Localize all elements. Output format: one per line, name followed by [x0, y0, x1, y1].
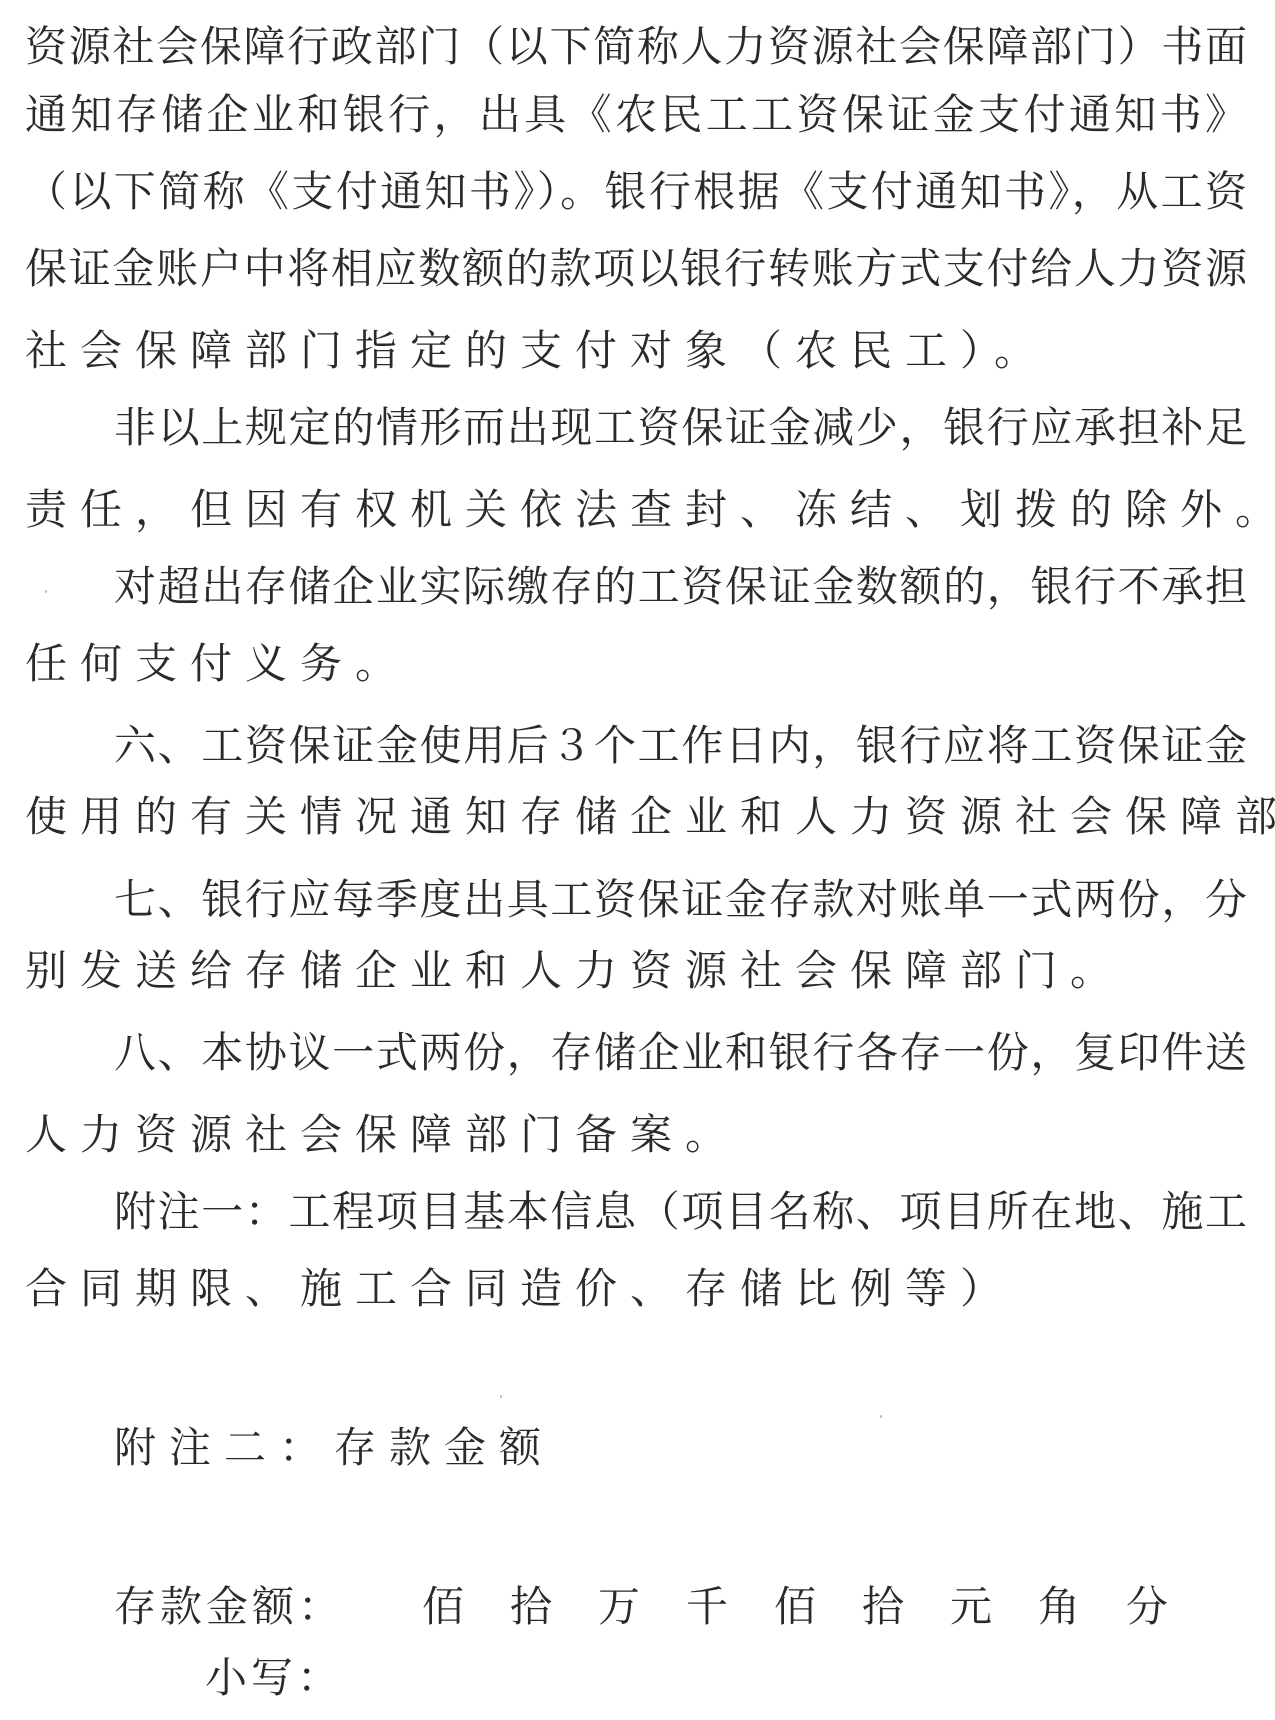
unit-shi-wan: 拾: [510, 1583, 552, 1631]
clause-six: 六、工资保证金使用后３个工作日内，银行应将工资保证金: [114, 722, 1247, 770]
unit-bai: 佰: [774, 1583, 816, 1631]
text-line: 别发送给存储企业和人力资源社会保障部门。: [25, 947, 1247, 995]
unit-bai-wan: 佰: [422, 1583, 464, 1631]
text-line: （以下简称《支付通知书》）。银行根据《支付通知书》，从工资: [25, 168, 1247, 216]
paragraph-start: 非以上规定的情形而出现工资保证金减少，银行应承担补足: [114, 404, 1247, 452]
scan-speck: [45, 590, 47, 593]
text-line: 合同期限、施工合同造价、存储比例等）: [25, 1265, 1247, 1313]
lowercase-amount-label: 小写：: [205, 1654, 343, 1702]
paragraph-start: 对超出存储企业实际缴存的工资保证金数额的，银行不承担: [114, 563, 1247, 611]
text-line: 责任，但因有权机关依法查封、冻结、划拨的除外。: [25, 486, 1247, 534]
text-line: 资源社会保障行政部门（以下简称人力资源社会保障部门）书面: [25, 23, 1247, 71]
clause-eight: 八、本协议一式两份，存储企业和银行各存一份，复印件送: [114, 1029, 1247, 1077]
text-line: 保证金账户中将相应数额的款项以银行转账方式支付给人力资源: [25, 245, 1247, 293]
clause-seven: 七、银行应每季度出具工资保证金存款对账单一式两份，分: [114, 876, 1247, 924]
unit-fen: 分: [1126, 1583, 1168, 1631]
text-line: 任何支付义务。: [25, 640, 1247, 688]
unit-shi: 拾: [862, 1583, 904, 1631]
note-one: 附注一：工程项目基本信息（项目名称、项目所在地、施工: [114, 1188, 1247, 1236]
note-two: 附注二：存款金额: [114, 1424, 1247, 1472]
text-line: 人力资源社会保障部门备案。: [25, 1111, 1247, 1159]
unit-yuan: 元: [950, 1583, 992, 1631]
text-line: 通知存储企业和银行，出具《农民工工资保证金支付通知书》: [25, 91, 1247, 139]
unit-wan: 万: [598, 1583, 640, 1631]
scan-speck: [880, 1415, 882, 1418]
unit-jiao: 角: [1038, 1583, 1080, 1631]
text-line: 使用的有关情况通知存储企业和人力资源社会保障部门。: [25, 793, 1247, 841]
text-line: 社会保障部门指定的支付对象（农民工）。: [25, 327, 1247, 375]
scan-speck: [500, 1395, 502, 1398]
unit-qian: 千: [686, 1583, 728, 1631]
amount-label: 存款金额：: [114, 1583, 344, 1631]
